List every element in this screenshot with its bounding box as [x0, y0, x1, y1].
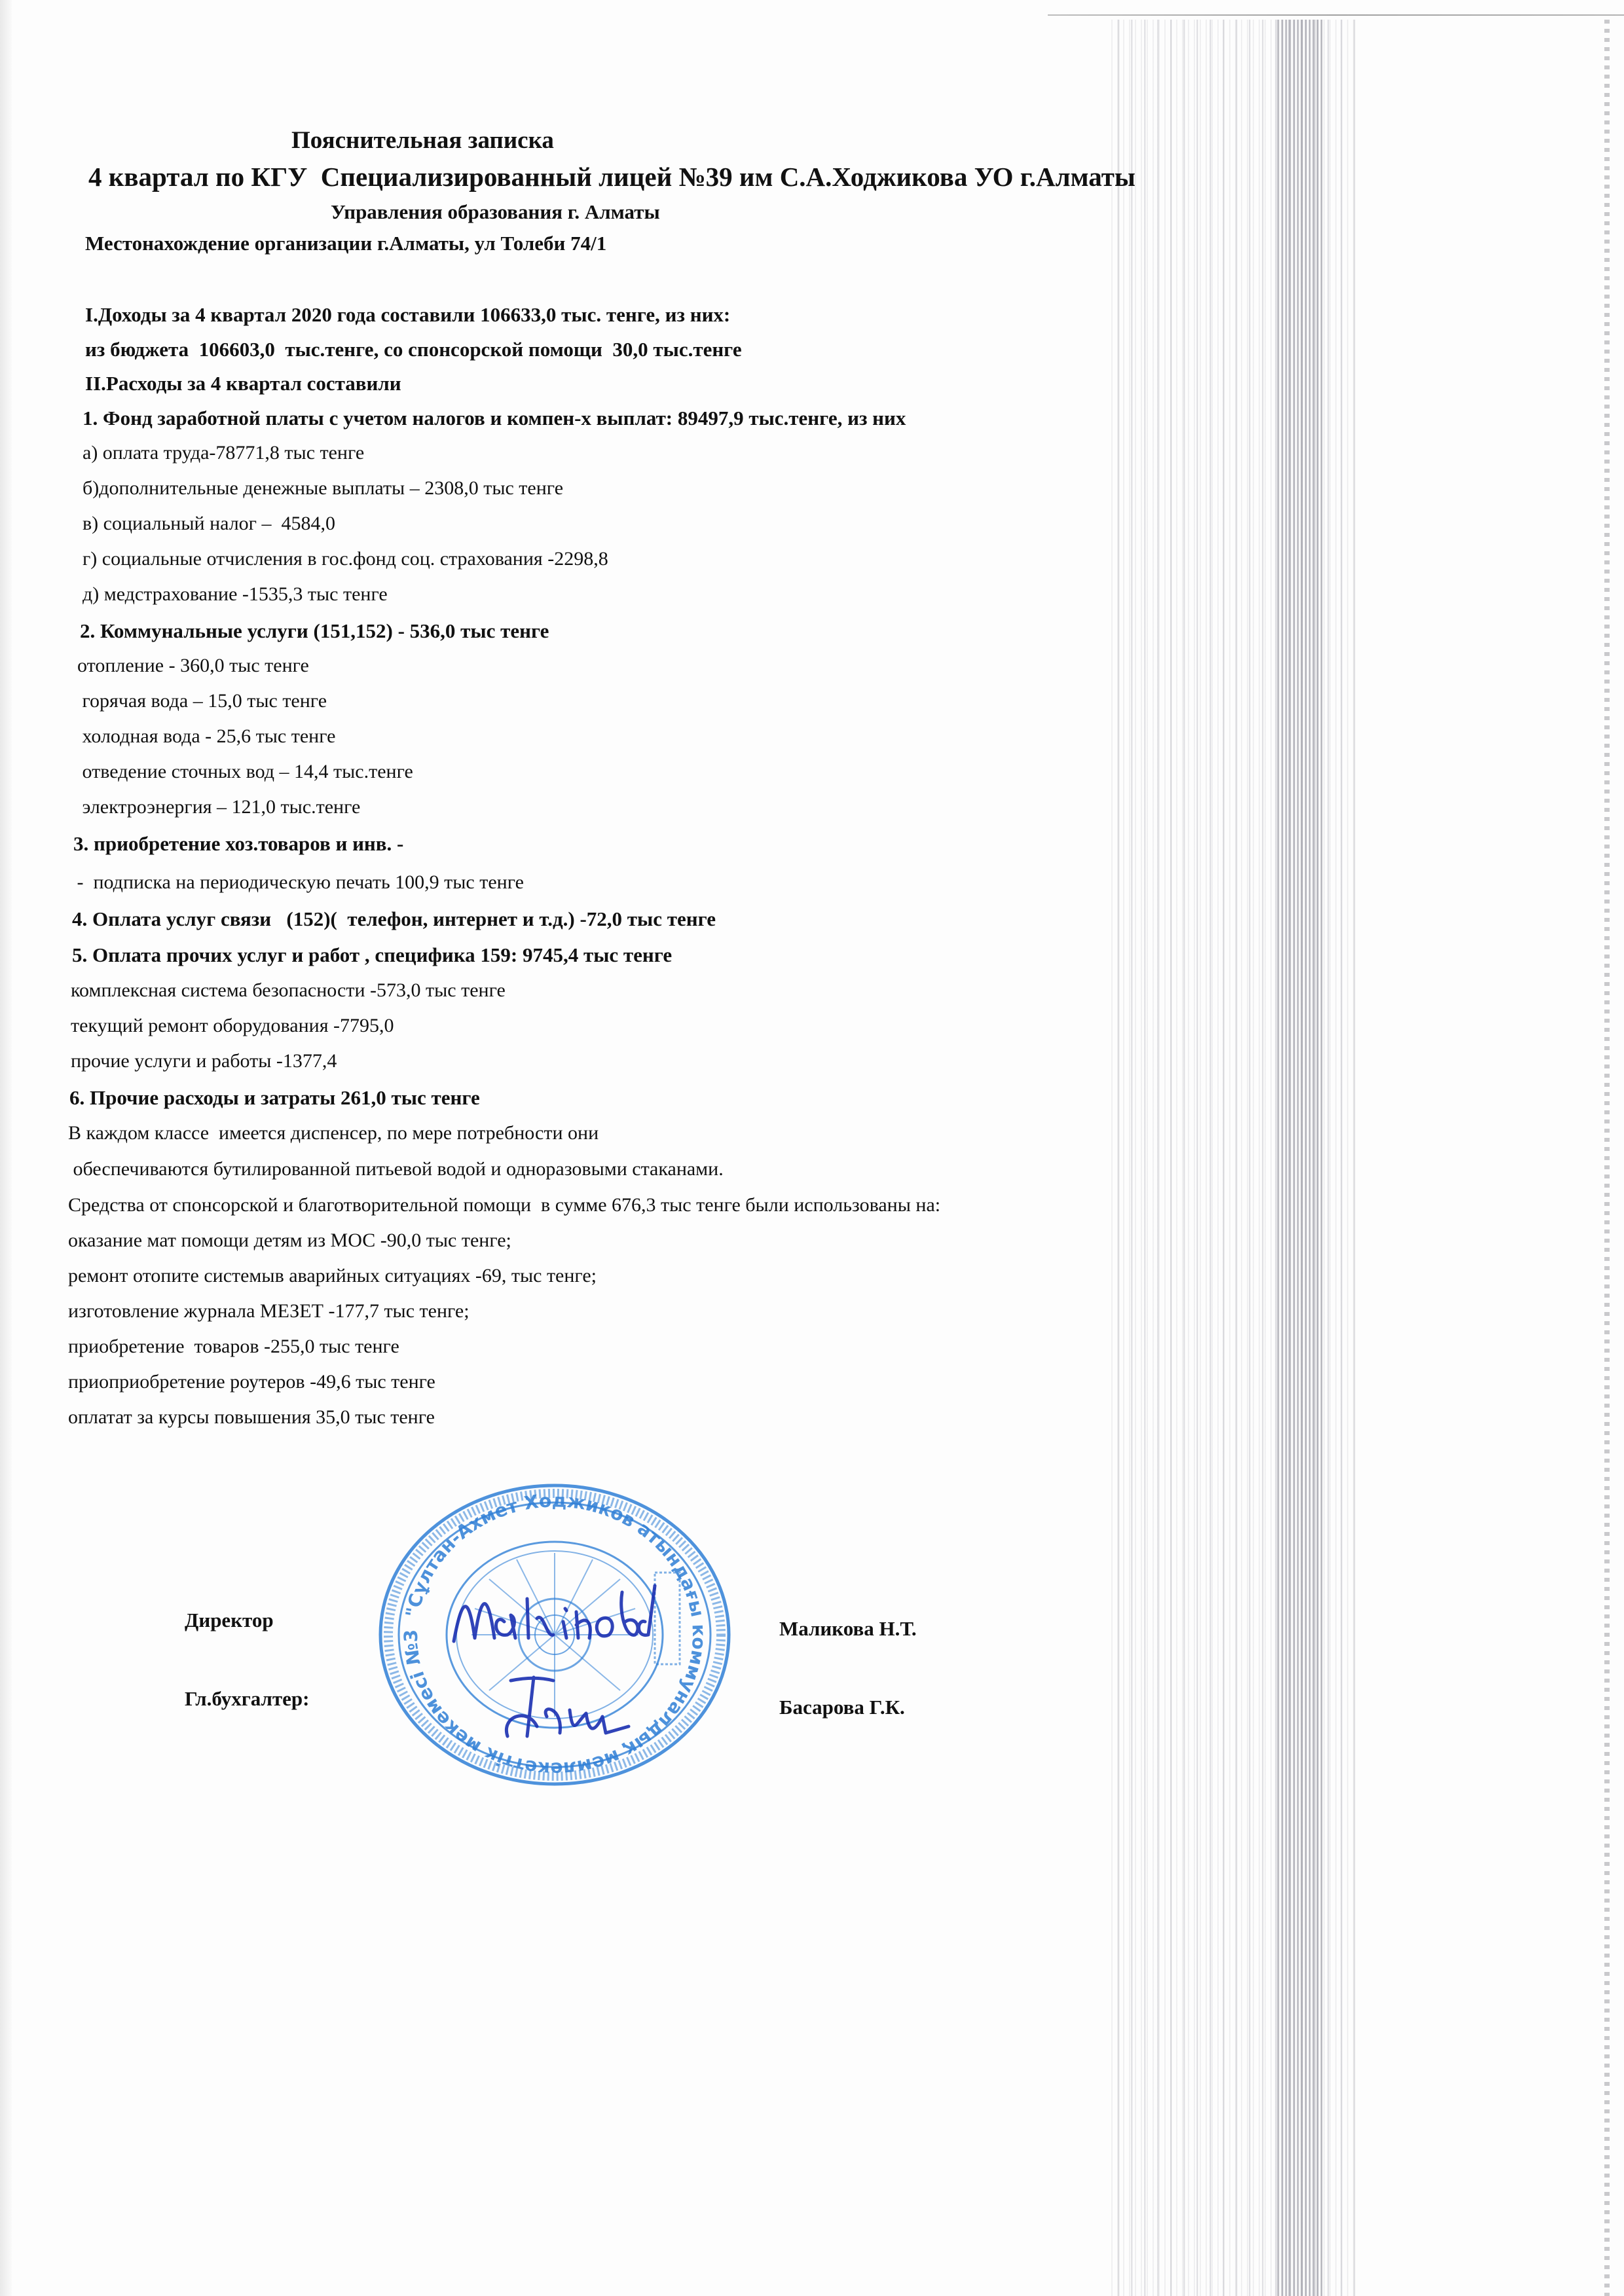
- section-1-item: б)дополнительные денежные выплаты – 2308…: [83, 479, 563, 498]
- scan-artifact-line: [1048, 14, 1624, 16]
- section-2-item: электроэнергия – 121,0 тыс.тенге: [77, 797, 360, 817]
- section-3-title: 3. приобретение хоз.товаров и инв. -: [73, 833, 403, 854]
- stamp-icon: "Сұлтан-Ахмет Ходжиков атындағы коммунал…: [377, 1481, 733, 1789]
- sponsorship-item: изготовление журнала МЕЗЕТ -177,7 тыс те…: [68, 1302, 470, 1321]
- document-page: Пояснительная записка 4 квартал по КГУ С…: [0, 0, 1624, 2296]
- section-1-item: в) социальный налог – 4584,0: [83, 514, 335, 534]
- section-2-item: холодная вода - 25,6 тыс тенге: [77, 727, 335, 746]
- sponsorship-intro: Средства от спонсорской и благотворитель…: [68, 1195, 940, 1215]
- section-5-title: 5. Оплата прочих услуг и работ , специфи…: [72, 945, 672, 965]
- section-2-item: отведение сточных вод – 14,4 тыс.тенге: [77, 762, 413, 782]
- section-6-title: 6. Прочие расходы и затраты 261,0 тыс те…: [69, 1087, 480, 1108]
- section-3-item: - подписка на периодическую печать 100,9…: [72, 873, 524, 892]
- scan-noise-band-dense: [1277, 20, 1323, 2296]
- sponsorship-item: приоприобретение роутеров -49,6 тыс тенг…: [68, 1372, 435, 1392]
- expenses-heading: II.Расходы за 4 квартал составили: [85, 373, 401, 393]
- sponsorship-item: оказание мат помощи детям из МОС -90,0 т…: [68, 1231, 511, 1250]
- income-heading: I.Доходы за 4 квартал 2020 года составил…: [85, 304, 730, 325]
- section-5-item: прочие услуги и работы -1377,4: [71, 1051, 337, 1071]
- location-line: Местонахождение организации г.Алматы, ул…: [85, 233, 606, 253]
- sponsorship-item: ремонт отопите системыв аварийных ситуац…: [68, 1266, 597, 1286]
- income-breakdown: из бюджета 106603,0 тыс.тенге, со спонсо…: [85, 339, 742, 359]
- scan-noise-edge: [1604, 20, 1610, 2296]
- section-2-item: отопление - 360,0 тыс тенге: [77, 656, 309, 676]
- section-5-item: текущий ремонт оборудования -7795,0: [71, 1016, 394, 1036]
- scan-left-edge: [0, 0, 12, 2296]
- section-5-item: комплексная система безопасности -573,0 …: [71, 981, 506, 1000]
- director-name: Маликова Н.Т.: [779, 1617, 917, 1641]
- section-4-title: 4. Оплата услуг связи (152)( телефон, ин…: [72, 909, 716, 929]
- director-label: Директор: [185, 1609, 274, 1632]
- document-title: Пояснительная записка: [291, 128, 554, 153]
- section-6-item: обеспечиваются бутилированной питьевой в…: [68, 1159, 724, 1179]
- sponsorship-item: приобретение товаров -255,0 тыс тенге: [68, 1337, 399, 1357]
- section-1-item: д) медстрахование -1535,3 тыс тенге: [83, 585, 388, 604]
- official-stamp: "Сұлтан-Ахмет Ходжиков атындағы коммунал…: [377, 1481, 733, 1789]
- section-1-item: г) социальные отчисления в гос.фонд соц.…: [83, 549, 608, 569]
- section-1-item: а) оплата труда-78771,8 тыс тенге: [83, 443, 364, 463]
- document-subtitle: 4 квартал по КГУ Специализированный лице…: [88, 164, 1135, 191]
- accountant-label: Гл.бухгалтер:: [185, 1687, 309, 1711]
- department-line: Управления образования г. Алматы: [331, 202, 660, 222]
- section-1-title: 1. Фонд заработной платы с учетом налого…: [83, 408, 906, 428]
- section-2-title: 2. Коммунальные услуги (151,152) - 536,0…: [80, 621, 549, 641]
- accountant-name: Басарова Г.К.: [779, 1696, 905, 1719]
- section-2-item: горячая вода – 15,0 тыс тенге: [77, 691, 327, 711]
- section-6-item: В каждом классе имеется диспенсер, по ме…: [68, 1123, 599, 1143]
- sponsorship-item: оплатат за курсы повышения 35,0 тыс тенг…: [68, 1408, 435, 1427]
